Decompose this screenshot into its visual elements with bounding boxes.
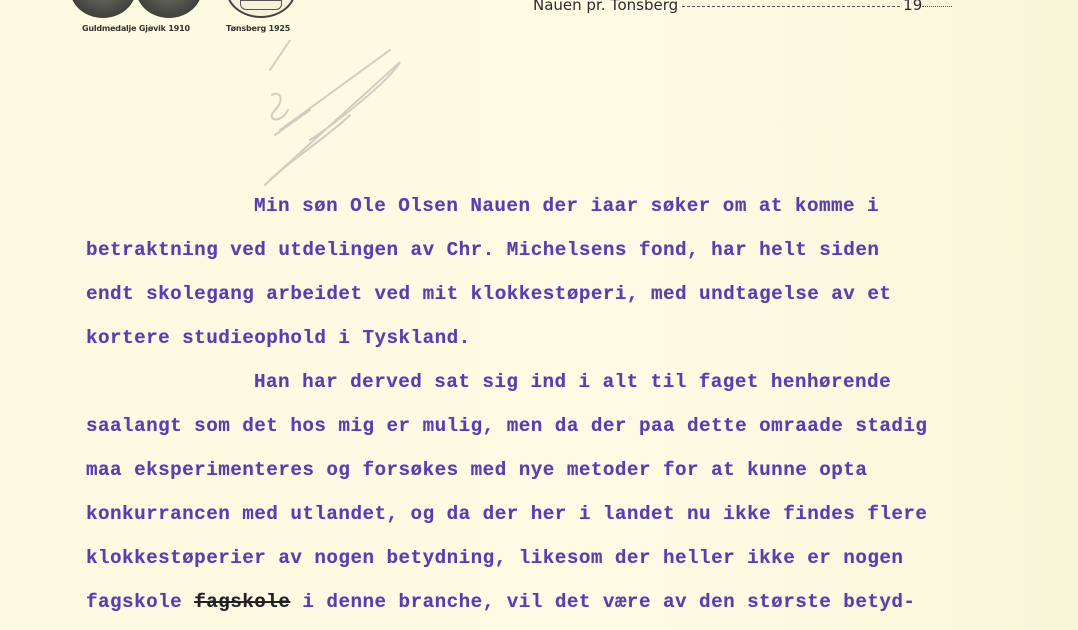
place-name: Nauen pr. Tönsberg: [533, 0, 678, 14]
struck-out-word: fagskole: [194, 591, 290, 613]
text-line: saalangt som det hos mig er mulig, men d…: [86, 410, 1046, 454]
medal-image: [136, 0, 202, 18]
medal-outline-image: [226, 0, 296, 18]
text-line: Han har derved sat sig ind i alt til fag…: [86, 366, 1046, 410]
text-line: fagskole fagskole i denne branche, vil d…: [86, 586, 1046, 630]
date-fill-line: [682, 6, 900, 7]
text-line: kortere studieophold i Tyskland.: [86, 322, 1046, 366]
text-line: Min søn Ole Olsen Nauen der iaar søker o…: [86, 190, 1046, 234]
text-line: endt skolegang arbeidet ved mit klokkest…: [86, 278, 1046, 322]
year-fill-line: [922, 6, 952, 7]
letter-body: Min søn Ole Olsen Nauen der iaar søker o…: [86, 190, 1046, 630]
year-prefix: 19: [903, 0, 922, 14]
text-line: konkurrancen med utlandet, og da der her…: [86, 498, 1046, 542]
text-segment: i denne branche, vil det være av den stø…: [290, 591, 915, 613]
medal-caption: Guldmedalje Gjøvik 1910: [82, 24, 190, 33]
medal-caption: Tønsberg 1925: [226, 24, 290, 33]
letter-page: Guldmedalje Gjøvik 1910 Tønsberg 1925 Na…: [0, 0, 1078, 630]
text-line: klokkestøperier av nogen betydning, like…: [86, 542, 1046, 586]
text-line: maa eksperimenteres og forsøkes med nye …: [86, 454, 1046, 498]
pencil-annotation-icon: [250, 40, 410, 200]
text-line: betraktning ved utdelingen av Chr. Miche…: [86, 234, 1046, 278]
letterhead-place-line: Nauen pr. Tönsberg19: [533, 0, 952, 14]
gold-medal-image: [70, 0, 136, 18]
text-segment: fagskole: [86, 591, 194, 613]
